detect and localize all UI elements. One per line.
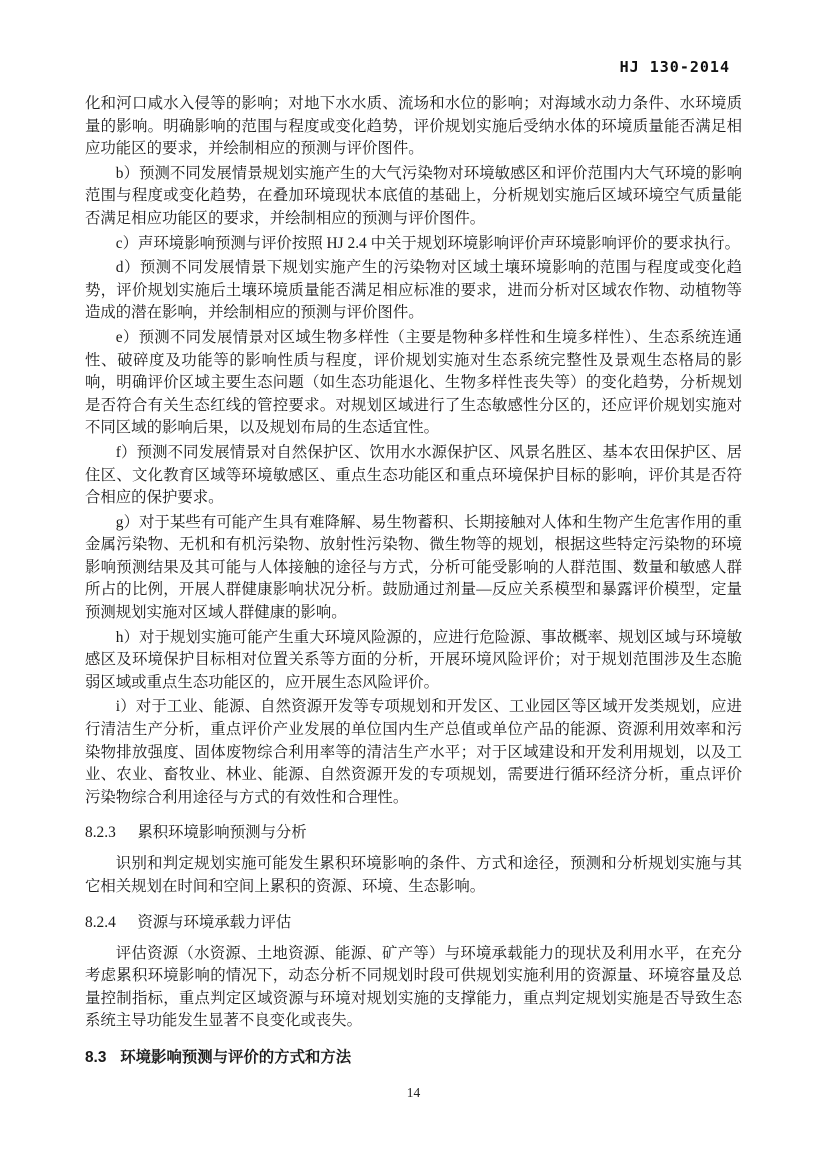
section-number: 8.3 bbox=[85, 1047, 106, 1069]
document-page: HJ 130-2014 化和河口咸水入侵等的影响；对地下水水质、流场和水位的影响… bbox=[0, 0, 827, 1169]
page-number: 14 bbox=[407, 1085, 421, 1100]
standard-number: HJ 130-2014 bbox=[620, 58, 730, 76]
section-title: 资源与环境承载力评估 bbox=[137, 914, 291, 931]
list-item-g: g）对于某些有可能产生具有难降解、易生物蓄积、长期接触对人体和生物产生危害作用的… bbox=[85, 512, 742, 625]
section-heading-8-2-4: 8.2.4资源与环境承载力评估 bbox=[85, 912, 742, 934]
section-8-2-3-paragraph: 识别和判定规划实施可能发生累积环境影响的条件、方式和途径，预测和分析规划实施与其… bbox=[85, 853, 742, 898]
list-item-b: b）预测不同发展情景规划实施产生的大气污染物对环境敏感区和评价范围内大气环境的影… bbox=[85, 163, 742, 231]
section-title: 累积环境影响预测与分析 bbox=[137, 824, 306, 841]
section-heading-8-2-3: 8.2.3累积环境影响预测与分析 bbox=[85, 822, 742, 844]
list-item-c: c）声环境影响预测与评价按照 HJ 2.4 中关于规划环境影响评价声环境影响评价… bbox=[85, 233, 742, 256]
list-item-f: f）预测不同发展情景对自然保护区、饮用水水源保护区、风景名胜区、基本农田保护区、… bbox=[85, 442, 742, 510]
section-8-2-4-paragraph: 评估资源（水资源、土地资源、能源、矿产等）与环境承载能力的现状及利用水平，在充分… bbox=[85, 943, 742, 1033]
section-number: 8.2.4 bbox=[85, 912, 116, 934]
section-heading-8-3: 8.3环境影响预测与评价的方式和方法 bbox=[85, 1047, 742, 1069]
section-number: 8.2.3 bbox=[85, 822, 116, 844]
list-item-d: d）预测不同发展情景下规划实施产生的污染物对区域土壤环境影响的范围与程度或变化趋… bbox=[85, 257, 742, 325]
page-header: HJ 130-2014 bbox=[85, 58, 742, 78]
list-item-h: h）对于规划实施可能产生重大环境风险源的，应进行危险源、事故概率、规划区域与环境… bbox=[85, 627, 742, 695]
list-item-e: e）预测不同发展情景对区域生物多样性（主要是物种多样性和生境多样性）、生态系统连… bbox=[85, 327, 742, 440]
document-body: 化和河口咸水入侵等的影响；对地下水水质、流场和水位的影响；对海域水动力条件、水环… bbox=[85, 93, 742, 1069]
page-footer: 14 bbox=[0, 1085, 827, 1101]
section-title: 环境影响预测与评价的方式和方法 bbox=[120, 1049, 351, 1066]
list-item-i: i）对于工业、能源、自然资源开发等专项规划和开发区、工业园区等区域开发类规划，应… bbox=[85, 696, 742, 809]
continuation-paragraph: 化和河口咸水入侵等的影响；对地下水水质、流场和水位的影响；对海域水动力条件、水环… bbox=[85, 93, 742, 161]
